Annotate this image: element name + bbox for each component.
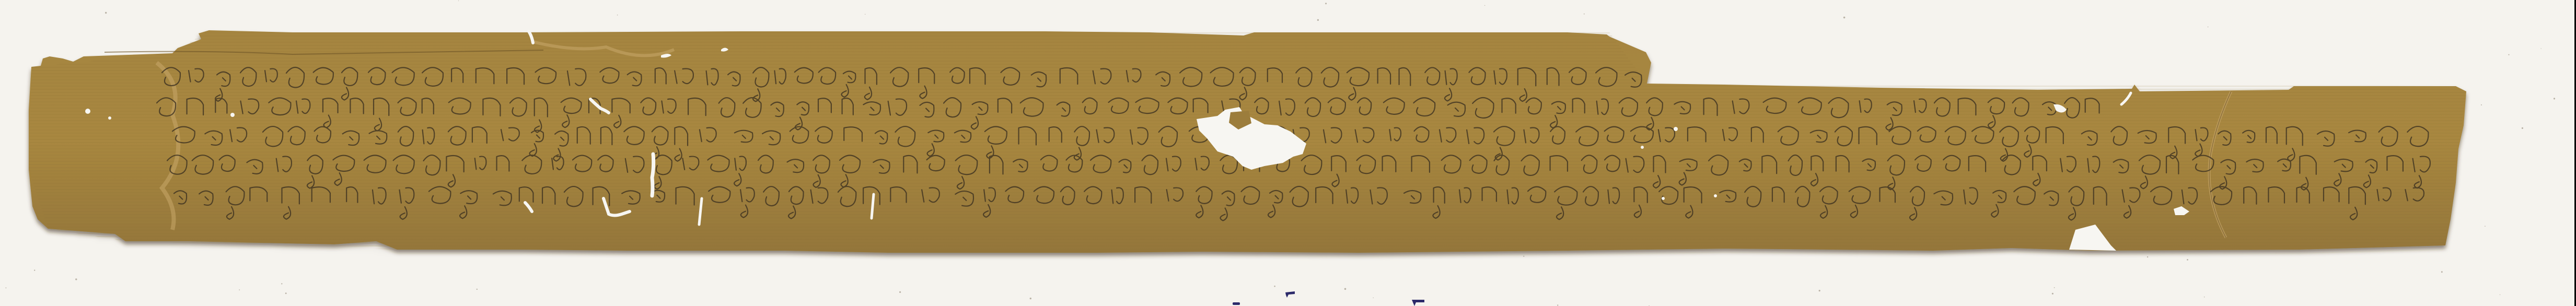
speck <box>2500 295 2500 295</box>
small-hole <box>1674 127 1678 131</box>
small-hole <box>108 116 111 120</box>
speck <box>285 292 287 294</box>
speck <box>1373 298 1374 298</box>
pen-mark <box>1233 302 1240 305</box>
speck <box>105 12 107 14</box>
speck <box>75 278 77 280</box>
speck <box>1484 5 1485 6</box>
speck <box>617 15 618 16</box>
speck <box>2508 54 2509 55</box>
speck <box>1325 3 1327 4</box>
speck <box>1843 17 1846 19</box>
manuscript-photo <box>0 0 2576 306</box>
speck <box>239 289 240 290</box>
speck <box>899 291 901 293</box>
speck <box>1584 14 1585 15</box>
speck <box>2208 27 2209 28</box>
speck <box>2485 226 2486 227</box>
speck <box>34 269 35 270</box>
speck <box>2204 297 2205 298</box>
speck <box>865 14 865 15</box>
speck <box>2481 104 2482 105</box>
speck <box>1523 256 1524 257</box>
speck <box>1030 298 1031 299</box>
speck <box>1819 290 1820 291</box>
speck <box>2187 259 2188 261</box>
slit <box>652 154 654 196</box>
speck <box>2522 127 2523 129</box>
speck <box>2554 98 2555 99</box>
small-hole <box>1714 194 1717 197</box>
speck <box>6 287 7 288</box>
speck <box>458 1 459 1</box>
speck <box>1274 286 1275 287</box>
speck <box>2541 48 2542 49</box>
small-hole <box>1662 197 1665 200</box>
speck <box>1317 19 1319 21</box>
small-hole <box>230 113 235 117</box>
small-hole <box>85 109 90 114</box>
small-hole <box>1641 146 1644 149</box>
speck <box>2054 287 2055 288</box>
speck <box>281 283 282 284</box>
speck <box>2147 256 2148 257</box>
speck <box>2441 271 2443 273</box>
speck <box>2052 293 2053 295</box>
speck <box>1344 288 1347 290</box>
speck <box>477 289 478 290</box>
speck <box>1557 304 1558 305</box>
